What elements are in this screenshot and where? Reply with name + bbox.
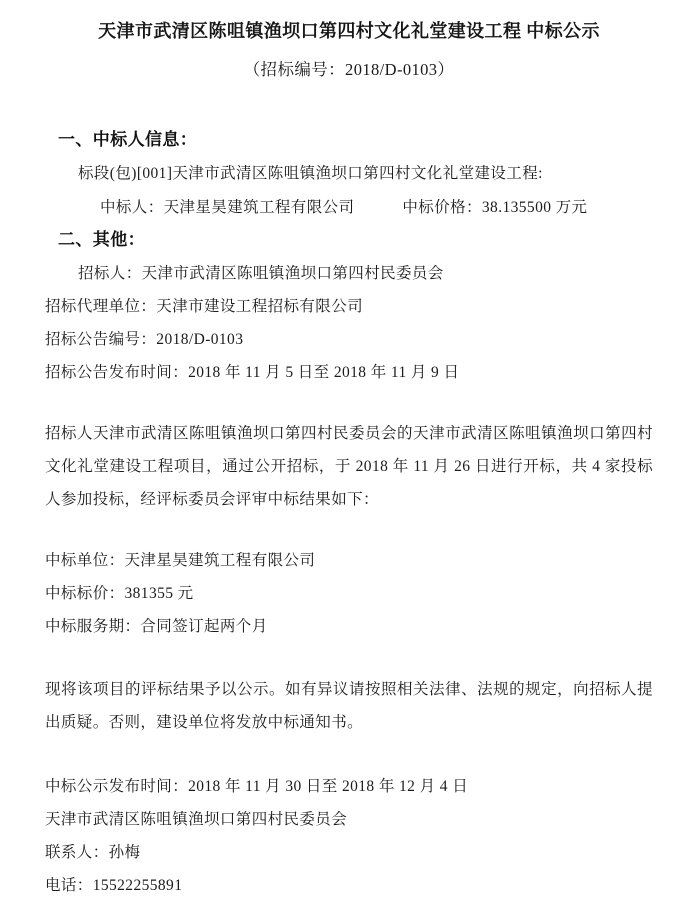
tenderee-line: 招标人：天津市武清区陈咀镇渔坝口第四村民委员会 <box>78 262 653 286</box>
page-title: 天津市武清区陈咀镇渔坝口第四村文化礼堂建设工程 中标公示 <box>45 18 653 44</box>
notice-period-line: 招标公告发布时间：2018 年 11 月 5 日至 2018 年 11 月 9 … <box>45 361 653 385</box>
contact-person-line: 联系人：孙梅 <box>45 841 653 865</box>
price-text: 中标价格：38.135500 万元 <box>402 196 587 220</box>
notice-number-line: 招标公告编号：2018/D-0103 <box>45 328 653 352</box>
bid-opening-paragraph: 招标人天津市武清区陈咀镇渔坝口第四村民委员会的天津市武清区陈咀镇渔坝口第四村文化… <box>45 417 653 516</box>
winner-unit-line: 中标单位：天津星昊建筑工程有限公司 <box>45 549 653 573</box>
tender-number-subtitle: （招标编号：2018/D-0103） <box>45 58 653 82</box>
organization-name-line: 天津市武清区陈咀镇渔坝口第四村民委员会 <box>45 808 653 832</box>
agency-line: 招标代理单位：天津市建设工程招标有限公司 <box>45 295 653 319</box>
winner-price-line: 中标人：天津星昊建筑工程有限公司 中标价格：38.135500 万元 <box>100 196 653 220</box>
lot-line: 标段(包)[001]天津市武清区陈咀镇渔坝口第四村文化礼堂建设工程: <box>78 162 653 186</box>
section2-heading: 二、其他： <box>58 228 653 252</box>
objection-paragraph: 现将该项目的评标结果予以公示。如有异议请按照相关法律、法规的规定，向招标人提出质… <box>45 673 653 739</box>
document-page: 天津市武清区陈咀镇渔坝口第四村文化礼堂建设工程 中标公示 （招标编号：2018/… <box>0 0 695 918</box>
winner-text: 中标人：天津星昊建筑工程有限公司 <box>100 196 354 220</box>
winner-price-amount-line: 中标标价：381355 元 <box>45 582 653 606</box>
publicity-period-line: 中标公示发布时间：2018 年 11 月 30 日至 2018 年 12 月 4… <box>45 775 653 799</box>
phone-line: 电话：15522255891 <box>45 874 653 898</box>
service-period-line: 中标服务期：合同签订起两个月 <box>45 615 653 639</box>
section1-heading: 一、中标人信息： <box>58 128 653 152</box>
